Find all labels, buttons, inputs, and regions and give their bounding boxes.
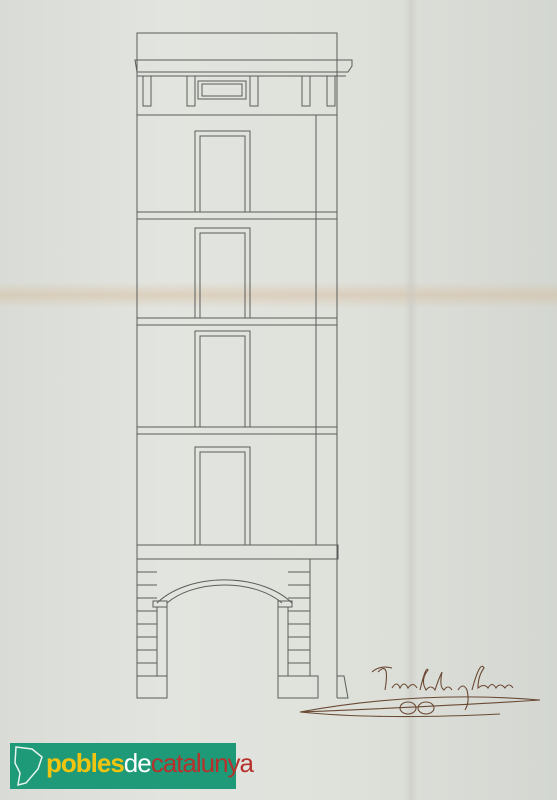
logo-part-catalunya: catalunya xyxy=(151,748,253,778)
building-elevation-drawing xyxy=(0,0,557,800)
pobles-de-catalunya-logo[interactable]: poblesdecatalunya xyxy=(10,743,236,789)
logo-part-pobles: pobles xyxy=(46,748,124,778)
rusticated-piers xyxy=(137,559,310,676)
logo-part-de: de xyxy=(124,748,151,778)
plinth xyxy=(337,676,348,698)
signature xyxy=(300,666,540,716)
cornice xyxy=(135,60,352,72)
floor-bands xyxy=(137,212,338,559)
parapet xyxy=(137,33,337,60)
windows xyxy=(195,131,250,545)
